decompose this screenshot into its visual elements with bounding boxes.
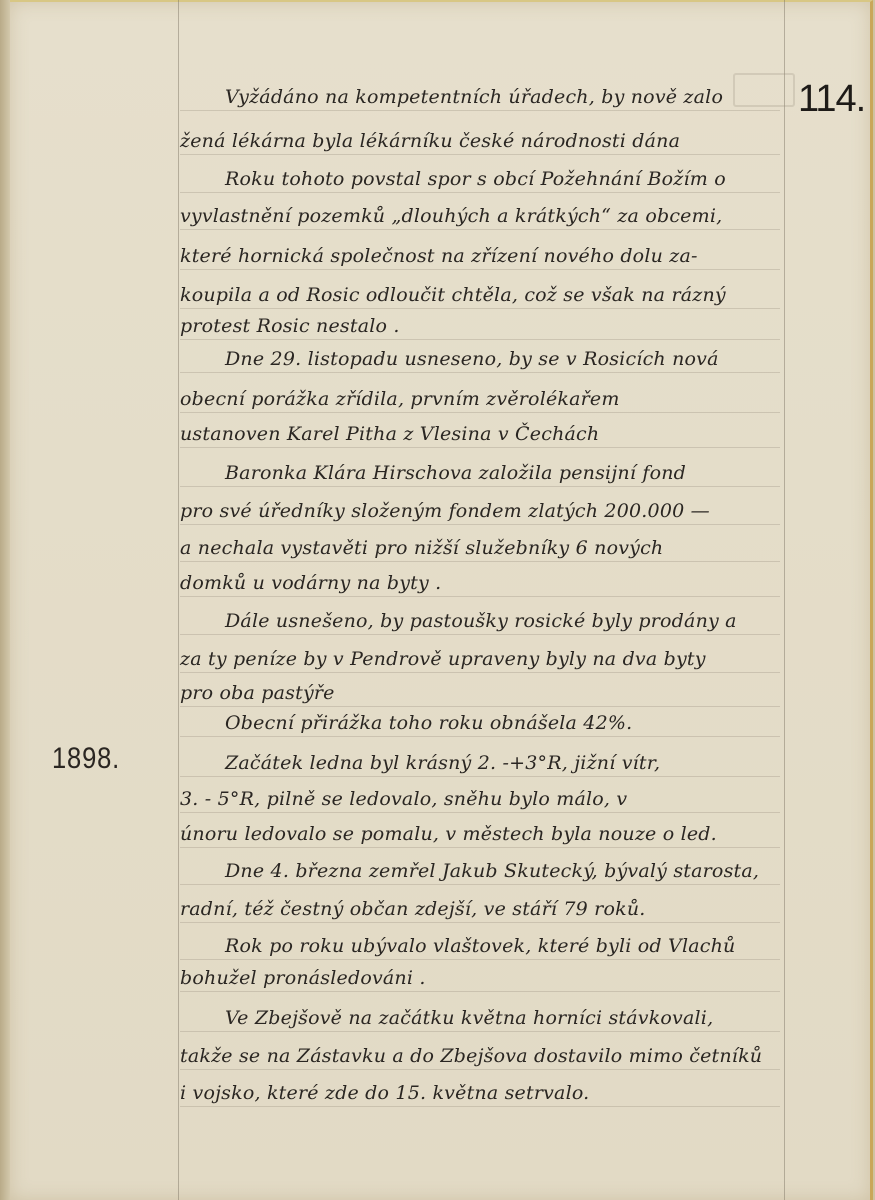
ruled-line <box>180 154 780 155</box>
text-line: za ty peníze by v Pendrově upraveny byly… <box>180 648 706 670</box>
text-line: ustanoven Karel Pitha z Vlesina v Čechác… <box>180 423 599 445</box>
text-line: Rok po roku ubývalo vlaštovek, které byl… <box>225 935 735 957</box>
text-line: pro oba pastýře <box>180 682 335 704</box>
ruled-line <box>180 922 780 923</box>
text-line: Vyžádáno na kompetentních úřadech, by no… <box>225 86 723 108</box>
ruled-line <box>180 991 780 992</box>
ruled-line <box>180 959 780 960</box>
text-line: 3. - 5°R, pilně se ledovalo, sněhu bylo … <box>180 788 627 810</box>
text-line: Dne 4. března zemřel Jakub Skutecký, býv… <box>225 860 759 882</box>
text-line: žená lékárna byla lékárníku české národn… <box>180 130 680 152</box>
text-line: vyvlastnění pozemků „dlouhých a krátkých… <box>180 205 722 227</box>
margin-year: 1898. <box>52 742 120 776</box>
text-line: Ve Zbejšově na začátku května horníci st… <box>225 1007 713 1029</box>
ruled-line <box>180 110 780 111</box>
text-line: které hornická společnost na zřízení nov… <box>180 245 698 267</box>
text-line: i vojsko, které zde do 15. května setrva… <box>180 1082 589 1104</box>
right-margin-rule <box>784 0 785 1200</box>
text-line: obecní porážka zřídila, prvním zvěroléka… <box>180 388 620 410</box>
text-line: únoru ledovalo se pomalu, v městech byla… <box>180 823 717 845</box>
text-line: Začátek ledna byl krásný 2. -+3°R, jižní… <box>225 752 660 774</box>
ruled-line <box>180 596 780 597</box>
text-line: protest Rosic nestalo . <box>180 315 400 337</box>
ruled-line <box>180 1031 780 1032</box>
text-line: pro své úředníky složeným fondem zlatých… <box>180 500 710 522</box>
text-line: takže se na Zástavku a do Zbejšova dosta… <box>180 1045 762 1067</box>
ruled-line <box>180 776 780 777</box>
text-line: Baronka Klára Hirschova založila pensijn… <box>225 462 686 484</box>
ruled-line <box>180 447 780 448</box>
ruled-line <box>180 847 780 848</box>
ruled-line <box>180 308 780 309</box>
ruled-line <box>180 486 780 487</box>
ruled-line <box>180 412 780 413</box>
ruled-line <box>180 339 780 340</box>
ruled-line <box>180 372 780 373</box>
text-line: koupila a od Rosic odloučit chtěla, což … <box>180 284 726 306</box>
text-line: Roku tohoto povstal spor s obcí Požehnán… <box>225 168 726 190</box>
text-line: Dále usnešeno, by pastoušky rosické byly… <box>225 610 737 632</box>
ruled-line <box>180 1106 780 1107</box>
ruled-line <box>180 229 780 230</box>
ruled-line <box>180 736 780 737</box>
ruled-line <box>180 706 780 707</box>
ruled-line <box>180 192 780 193</box>
ruled-line <box>180 1069 780 1070</box>
faded-stamp <box>733 73 795 107</box>
ruled-line <box>180 634 780 635</box>
ruled-line <box>180 884 780 885</box>
left-margin-rule <box>178 0 179 1200</box>
page-number: 114. <box>798 78 865 121</box>
text-line: a nechala vystavěti pro nižší služebníky… <box>180 537 663 559</box>
text-line: radní, též čestný občan zdejší, ve stáří… <box>180 898 646 920</box>
ruled-line <box>180 812 780 813</box>
ruled-line <box>180 269 780 270</box>
text-line: domků u vodárny na byty . <box>180 572 441 594</box>
text-line: Dne 29. listopadu usneseno, by se v Rosi… <box>225 348 719 370</box>
ruled-line <box>180 524 780 525</box>
ruled-line <box>180 561 780 562</box>
text-line: Obecní přirážka toho roku obnášela 42%. <box>225 712 632 734</box>
text-line: bohužel pronásledováni . <box>180 967 426 989</box>
ruled-line <box>180 672 780 673</box>
